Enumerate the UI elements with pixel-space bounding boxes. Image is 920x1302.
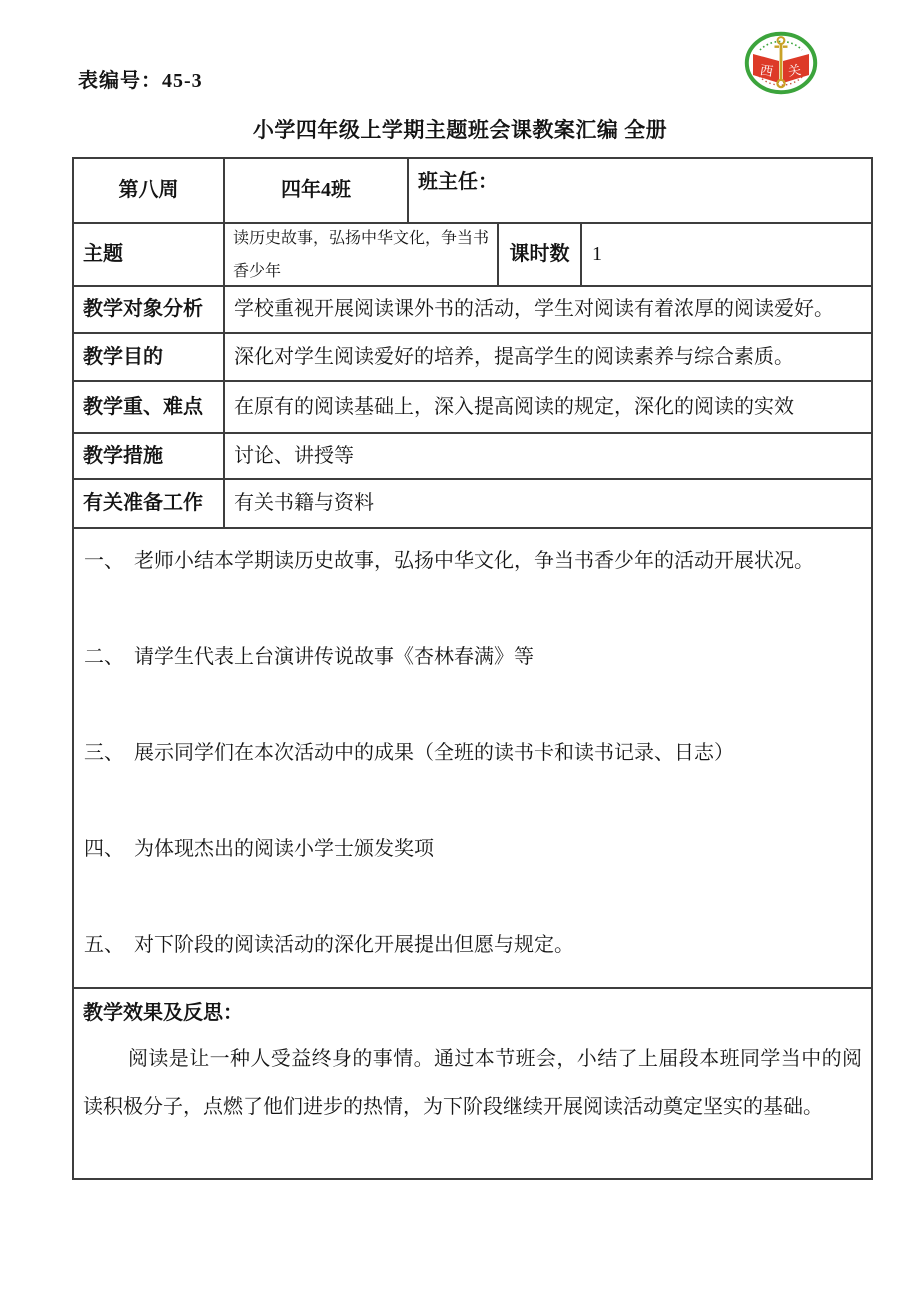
- activity-item: 五、 对下阶段的阅读活动的深化开展提出但愿与规定。: [84, 931, 861, 959]
- activity-number: 五、: [84, 931, 134, 959]
- table-row-preparation: 有关准备工作 有关书籍与资料: [74, 480, 871, 529]
- activity-number: 四、: [84, 835, 134, 863]
- row-value: 有关书籍与资料: [225, 480, 871, 527]
- reflection-label: 教学效果及反思：: [83, 999, 862, 1027]
- row-label: 教学对象分析: [74, 287, 225, 332]
- row-value: 学校重视开展阅读课外书的活动，学生对阅读有着浓厚的阅读爱好。: [225, 287, 871, 332]
- activity-item: 二、 请学生代表上台演讲传说故事《杏林春满》等: [84, 643, 861, 671]
- school-logo: 西 关: [744, 31, 818, 95]
- table-row-theme: 主题 读历史故事，弘扬中华文化，争当书香少年 课时数 1: [74, 224, 871, 287]
- row-value: 深化对学生阅读爱好的培养，提高学生的阅读素养与综合素质。: [225, 334, 871, 380]
- row-label: 教学重、难点: [74, 382, 225, 432]
- logo-left-char: 西: [759, 62, 774, 79]
- theme-label-cell: 主题: [74, 224, 225, 285]
- head-teacher-cell: 班主任：: [409, 159, 871, 222]
- hours-label-cell: 课时数: [499, 224, 582, 285]
- row-label: 有关准备工作: [74, 480, 225, 527]
- activity-item: 一、 老师小结本学期读历史故事，弘扬中华文化，争当书香少年的活动开展状况。: [84, 547, 861, 575]
- activity-number: 三、: [84, 739, 134, 767]
- table-row-analysis: 教学对象分析 学校重视开展阅读课外书的活动，学生对阅读有着浓厚的阅读爱好。: [74, 287, 871, 334]
- row-value: 在原有的阅读基础上，深入提高阅读的规定，深化的阅读的实效: [225, 382, 871, 432]
- table-row-measures: 教学措施 讨论、讲授等: [74, 434, 871, 480]
- activity-number: 二、: [84, 643, 134, 671]
- class-cell: 四年4班: [225, 159, 409, 222]
- form-number: 表编号：45-3: [78, 64, 203, 93]
- document-page: 表编号：45-3 西 关 小学四年级上学期主题班会课教案汇编 全册 第八周 四年…: [0, 0, 920, 1302]
- logo-right-char: 关: [787, 62, 802, 79]
- page-title: 小学四年级上学期主题班会课教案汇编 全册: [0, 114, 920, 144]
- activity-text: 对下阶段的阅读活动的深化开展提出但愿与规定。: [134, 931, 861, 959]
- activity-number: 一、: [84, 547, 134, 575]
- table-row-purpose: 教学目的 深化对学生阅读爱好的培养，提高学生的阅读素养与综合素质。: [74, 334, 871, 382]
- week-cell: 第八周: [74, 159, 225, 222]
- activity-text: 请学生代表上台演讲传说故事《杏林春满》等: [134, 643, 861, 671]
- reflection-text: 阅读是让一种人受益终身的事情。通过本节班会，小结了上届段本班同学当中的阅读积极分…: [83, 1035, 862, 1131]
- activity-text: 展示同学们在本次活动中的成果（全班的读书卡和读书记录、日志）: [134, 739, 861, 767]
- theme-value-cell: 读历史故事，弘扬中华文化，争当书香少年: [225, 224, 499, 285]
- reflection-section: 教学效果及反思： 阅读是让一种人受益终身的事情。通过本节班会，小结了上届段本班同…: [74, 989, 871, 1178]
- table-row-header: 第八周 四年4班 班主任：: [74, 159, 871, 224]
- activity-text: 老师小结本学期读历史故事，弘扬中华文化，争当书香少年的活动开展状况。: [134, 547, 861, 575]
- activity-item: 四、 为体现杰出的阅读小学士颁发奖项: [84, 835, 861, 863]
- school-logo-icon: 西 关: [744, 31, 818, 95]
- row-value: 讨论、讲授等: [225, 434, 871, 478]
- activities-section: 一、 老师小结本学期读历史故事，弘扬中华文化，争当书香少年的活动开展状况。 二、…: [74, 529, 871, 989]
- table-row-key-points: 教学重、难点 在原有的阅读基础上，深入提高阅读的规定，深化的阅读的实效: [74, 382, 871, 434]
- hours-value-cell: 1: [582, 224, 871, 285]
- lesson-plan-table: 第八周 四年4班 班主任： 主题 读历史故事，弘扬中华文化，争当书香少年 课时数…: [72, 157, 873, 1180]
- row-label: 教学措施: [74, 434, 225, 478]
- activity-item: 三、 展示同学们在本次活动中的成果（全班的读书卡和读书记录、日志）: [84, 739, 861, 767]
- activity-text: 为体现杰出的阅读小学士颁发奖项: [134, 835, 861, 863]
- row-label: 教学目的: [74, 334, 225, 380]
